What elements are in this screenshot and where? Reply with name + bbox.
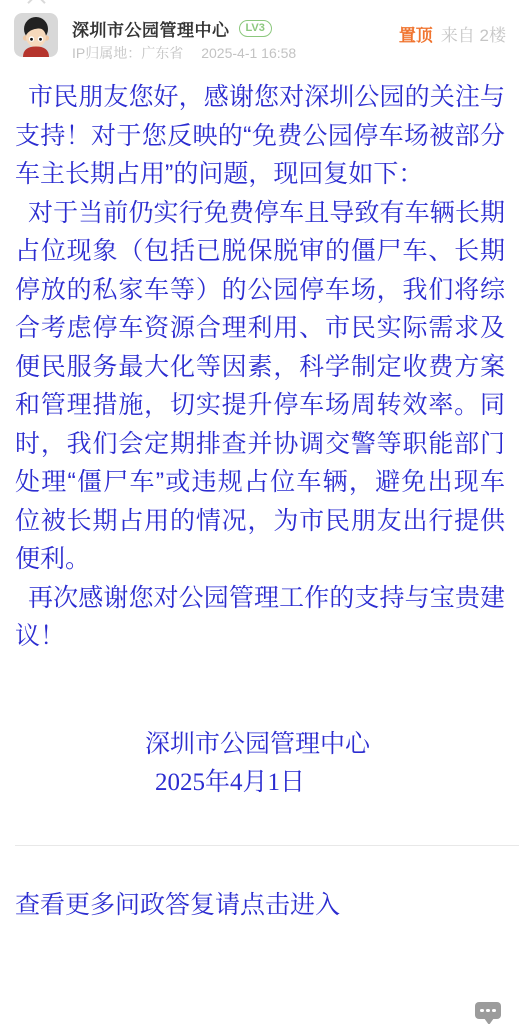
signature-block: 深圳市公园管理中心 2025年4月1日 xyxy=(15,726,505,803)
level-badge: LV3 xyxy=(239,20,272,37)
post-card: 深圳市公园管理中心 LV3 IP归属地：广东省2025-4-1 16:58 置顶… xyxy=(0,0,519,1024)
divider xyxy=(15,845,519,846)
ip-location: IP归属地：广东省 xyxy=(72,45,183,61)
floor-label: 来自 2楼 xyxy=(441,21,506,46)
reply-body: 市民朋友您好，感谢您对深圳公园的关注与支持！对于您反映的“免费公园停车场被部分车… xyxy=(15,78,505,803)
bubble-dot xyxy=(486,1009,490,1013)
meta-row: IP归属地：广东省2025-4-1 16:58 xyxy=(72,43,296,63)
pinned-badge: 置顶 xyxy=(399,21,433,46)
more-replies-link[interactable]: 查看更多问政答复请点击进入 xyxy=(15,886,505,925)
username[interactable]: 深圳市公园管理中心 xyxy=(72,16,230,41)
bubble-dot xyxy=(492,1009,496,1013)
paragraph-measures: 对于当前仍实行免费停车且导致有车辆长期占位现象（包括已脱保脱审的僵尸车、长期停放… xyxy=(15,194,505,579)
avatar[interactable] xyxy=(14,13,58,57)
signature-name: 深圳市公园管理中心 xyxy=(15,726,505,765)
timestamp: 2025-4-1 16:58 xyxy=(201,45,296,61)
signature-date: 2025年4月1日 xyxy=(15,764,505,803)
paragraph-thanks: 再次感谢您对公园管理工作的支持与宝贵建议！ xyxy=(15,579,505,656)
bubble-dot xyxy=(480,1009,484,1013)
post-header: 深圳市公园管理中心 LV3 IP归属地：广东省2025-4-1 16:58 置顶… xyxy=(0,0,519,57)
paragraph-greeting: 市民朋友您好，感谢您对深圳公园的关注与支持！对于您反映的“免费公园停车场被部分车… xyxy=(15,78,505,194)
comment-bubble-tail xyxy=(484,1018,494,1024)
comment-bubble-icon[interactable] xyxy=(475,1002,501,1019)
right-meta: 置顶 来自 2楼 xyxy=(399,21,506,46)
boy-avatar-image xyxy=(14,13,58,57)
name-row: 深圳市公园管理中心 LV3 xyxy=(72,16,272,41)
